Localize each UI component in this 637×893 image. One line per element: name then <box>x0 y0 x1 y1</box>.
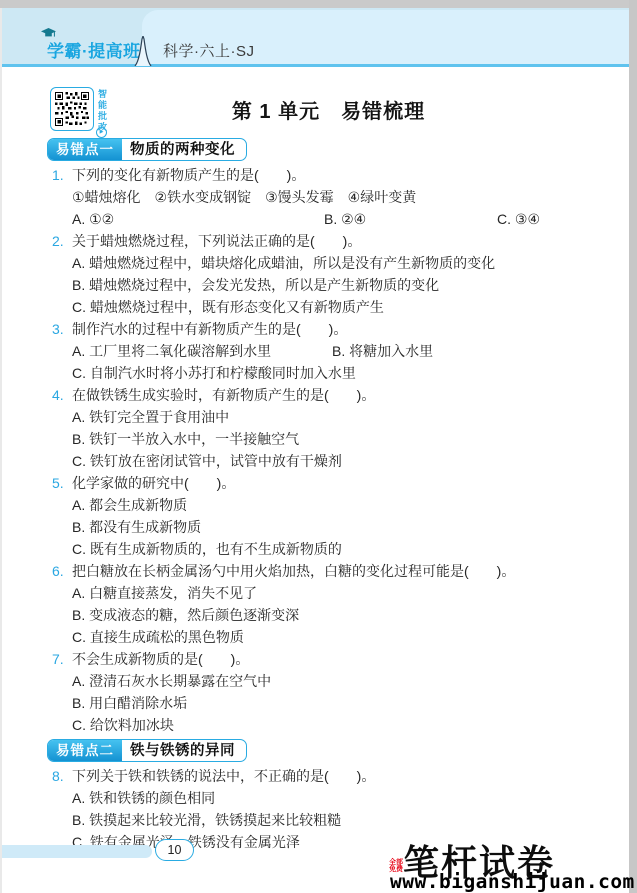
option-c: C. 蜡烛燃烧过程中，既有形态变化又有新物质产生 <box>52 296 608 318</box>
option-a: A. 工厂里将二氧化碳溶解到水里 <box>72 340 332 362</box>
option-c: C. 给饮料加冰块 <box>52 714 608 736</box>
option-b: B. 都没有生成新物质 <box>52 516 608 538</box>
option-b: B. 变成液态的糖，然后颜色逐渐变深 <box>52 604 608 626</box>
question-stem: 7.不会生成新物质的是( )。 <box>52 648 608 670</box>
watermark-url: www.biganshijuan.com <box>390 870 635 893</box>
header-divider <box>2 64 629 67</box>
section-badge-1: 易错点一 物质的两种变化 <box>47 138 247 161</box>
question-items: ①蜡烛熔化 ②铁水变成钢锭 ③馒头发霉 ④绿叶变黄 <box>52 186 608 208</box>
question-stem: 1.下列的变化有新物质产生的是( )。 <box>52 164 608 186</box>
option-a: A. 蜡烛燃烧过程中，蜡块熔化成蜡油，所以是没有产生新物质的变化 <box>52 252 608 274</box>
section-tag: 易错点一 <box>48 139 122 160</box>
option-a: A. ①② <box>72 208 324 230</box>
question-number: 5. <box>52 472 72 494</box>
left-scan-edge <box>0 8 2 893</box>
option-row: A. 工厂里将二氧化碳溶解到水里 B. 将糖加入水里 <box>52 340 608 362</box>
section-tag: 易错点二 <box>48 740 122 761</box>
option-b: B. 铁钉一半放入水中，一半接触空气 <box>52 428 608 450</box>
question-number: 3. <box>52 318 72 340</box>
section-badge-2: 易错点二 铁与铁锈的异同 <box>47 739 247 762</box>
tab-separator-icon <box>134 36 152 71</box>
option-row: A. ①② B. ②④ C. ③④ <box>52 208 608 230</box>
question-number: 4. <box>52 384 72 406</box>
section-title: 铁与铁锈的异同 <box>122 740 246 761</box>
option-b: B. 用白醋消除水垢 <box>52 692 608 714</box>
question-number: 8. <box>52 765 72 787</box>
question-stem-text: 制作汽水的过程中有新物质产生的是( )。 <box>72 321 347 337</box>
question-stem: 6.把白糖放在长柄金属汤勺中用火焰加热，白糖的变化过程可能是( )。 <box>52 560 608 582</box>
option-b: B. 蜡烛燃烧过程中，会发光发热，所以是产生新物质的变化 <box>52 274 608 296</box>
option-b: B. ②④ <box>324 208 497 230</box>
option-c: C. 既有生成新物质的，也有不生成新物质的 <box>52 538 608 560</box>
brand-logo: 学霸·提高班 <box>47 37 141 62</box>
option-a: A. 铁和铁锈的颜色相同 <box>52 787 608 809</box>
option-c: C. ③④ <box>497 208 540 230</box>
question-number: 7. <box>52 648 72 670</box>
option-c: C. 直接生成疏松的黑色物质 <box>52 626 608 648</box>
question-stem-text: 化学家做的研究中( )。 <box>72 475 235 491</box>
right-scan-edge <box>629 0 637 893</box>
option-c: C. 铁钉放在密闭试管中，试管中放有干燥剂 <box>52 450 608 472</box>
page-number-pill: 10 <box>155 839 194 861</box>
question-stem: 8.下列关于铁和铁锈的说法中，不正确的是( )。 <box>52 765 608 787</box>
question-stem-text: 下列关于铁和铁锈的说法中，不正确的是( )。 <box>72 768 375 784</box>
question-stem-text: 关于蜡烛燃烧过程，下列说法正确的是( )。 <box>72 233 361 249</box>
question-number: 2. <box>52 230 72 252</box>
page-title: 第 1 单元 易错梳理 <box>60 95 597 124</box>
top-scan-edge <box>0 0 637 8</box>
question-list: 易错点一 物质的两种变化 1.下列的变化有新物质产生的是( )。 ①蜡烛熔化 ②… <box>52 137 608 853</box>
option-a: A. 澄清石灰水长期暴露在空气中 <box>52 670 608 692</box>
course-label: 科学·六上·SJ <box>163 40 255 61</box>
option-b: B. 将糖加入水里 <box>332 340 433 362</box>
question-stem-text: 下列的变化有新物质产生的是( )。 <box>72 167 305 183</box>
option-a: A. 白糖直接蒸发，消失不见了 <box>52 582 608 604</box>
question-stem-text: 不会生成新物质的是( )。 <box>72 651 249 667</box>
question-number: 6. <box>52 560 72 582</box>
question-stem: 5.化学家做的研究中( )。 <box>52 472 608 494</box>
option-a: A. 铁钉完全置于食用油中 <box>52 406 608 428</box>
option-b: B. 铁摸起来比较光滑，铁锈摸起来比较粗糙 <box>52 809 608 831</box>
section-title: 物质的两种变化 <box>122 139 246 160</box>
question-stem-text: 在做铁锈生成实验时，有新物质产生的是( )。 <box>72 387 375 403</box>
question-stem: 3.制作汽水的过程中有新物质产生的是( )。 <box>52 318 608 340</box>
option-c: C. 自制汽水时将小苏打和柠檬酸同时加入水里 <box>52 362 608 384</box>
question-number: 1. <box>52 164 72 186</box>
question-stem: 2.关于蜡烛燃烧过程，下列说法正确的是( )。 <box>52 230 608 252</box>
option-a: A. 都会生成新物质 <box>52 494 608 516</box>
question-stem: 4.在做铁锈生成实验时，有新物质产生的是( )。 <box>52 384 608 406</box>
page-number-bar <box>2 845 152 858</box>
question-stem-text: 把白糖放在长柄金属汤勺中用火焰加热，白糖的变化过程可能是( )。 <box>72 563 515 579</box>
